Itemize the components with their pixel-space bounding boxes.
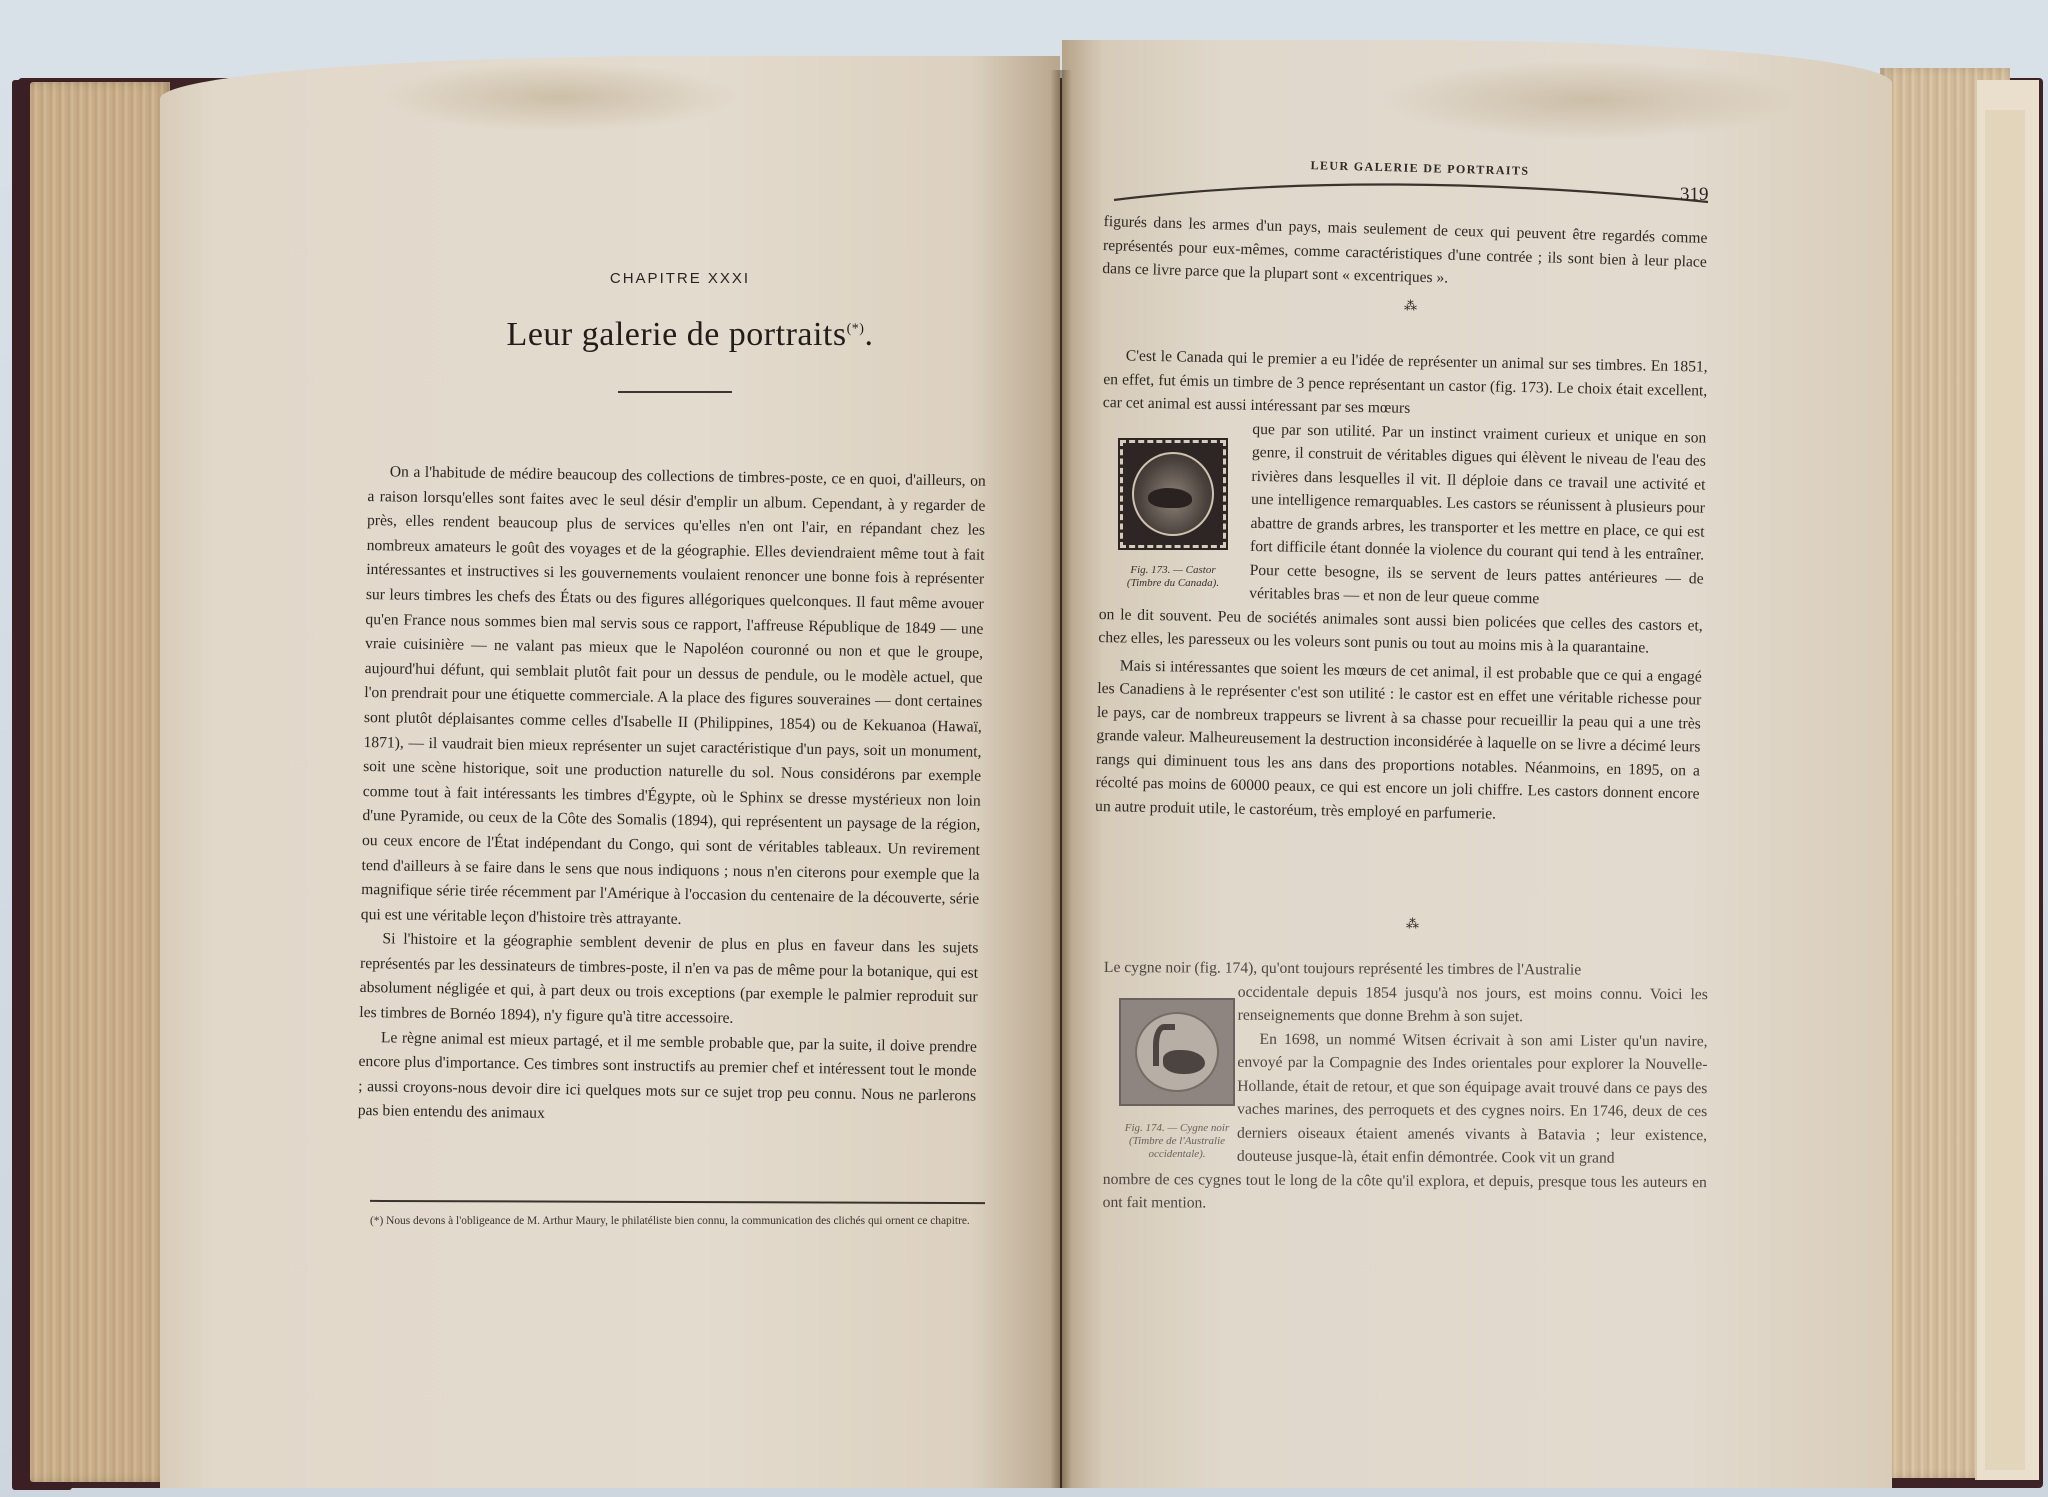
canada-beaver-stamp-image bbox=[1120, 440, 1226, 548]
paragraph: Mais si intéressantes que soient les mœu… bbox=[1095, 653, 1702, 829]
page-number: 319 bbox=[1680, 184, 1709, 206]
chapter-title-period: . bbox=[864, 316, 873, 353]
footnote-mark: (*) bbox=[847, 322, 865, 337]
stamp-oval bbox=[1132, 452, 1214, 536]
page-stain bbox=[1380, 60, 1800, 140]
paragraph: Le règne animal est mieux partagé, et il… bbox=[358, 1026, 977, 1134]
paragraph: On a l'habitude de médire beaucoup des c… bbox=[361, 460, 986, 937]
figure-caption: Fig. 174. — Cygne noir bbox=[1112, 1122, 1242, 1135]
left-page-stack-edge bbox=[30, 82, 170, 1482]
asterism-divider: ⁂ bbox=[1396, 302, 1426, 310]
chapter-title: Leur galerie de portraits(*). bbox=[400, 316, 980, 354]
black-swan-stamp-image bbox=[1119, 998, 1235, 1106]
right-endpaper-inner bbox=[1985, 110, 2025, 1470]
chapter-label: CHAPITRE XXXI bbox=[560, 270, 800, 287]
paragraph-continuation: nombre de ces cygnes tout le long de la … bbox=[1103, 1167, 1707, 1217]
left-page-body: On a l'habitude de médire beaucoup des c… bbox=[358, 460, 986, 1134]
header-rule bbox=[1112, 172, 1710, 206]
title-rule bbox=[618, 391, 732, 393]
footnote: (*) Nous devons à l'obligeance de M. Art… bbox=[370, 1214, 985, 1228]
page-stain bbox=[380, 62, 740, 132]
figure-caption: (Timbre du Canada). bbox=[1098, 577, 1248, 590]
paragraph: figurés dans les armes d'un pays, mais s… bbox=[1102, 213, 1708, 287]
paragraph: Le cygne noir (fig. 174), qu'ont toujour… bbox=[1104, 956, 1708, 983]
paragraph: Si l'histoire et la géographie semblent … bbox=[359, 927, 978, 1035]
figure-174: Fig. 174. — Cygne noir (Timbre de l'Aust… bbox=[1112, 998, 1242, 1161]
figure-caption: occidentale). bbox=[1112, 1148, 1242, 1161]
stamp-oval bbox=[1135, 1012, 1219, 1092]
beaver-icon bbox=[1148, 488, 1192, 508]
figure-caption: Fig. 173. — Castor bbox=[1098, 564, 1248, 577]
swan-icon bbox=[1163, 1050, 1205, 1074]
chapter-title-text: Leur galerie de portraits bbox=[507, 316, 847, 353]
paragraph: C'est le Canada qui le premier a eu l'id… bbox=[1103, 344, 1708, 426]
figure-173: Fig. 173. — Castor (Timbre du Canada). bbox=[1098, 440, 1248, 590]
asterism-divider: ⁂ bbox=[1398, 920, 1428, 928]
figure-caption: (Timbre de l'Australie bbox=[1112, 1135, 1242, 1148]
book-gutter bbox=[1050, 70, 1072, 1488]
